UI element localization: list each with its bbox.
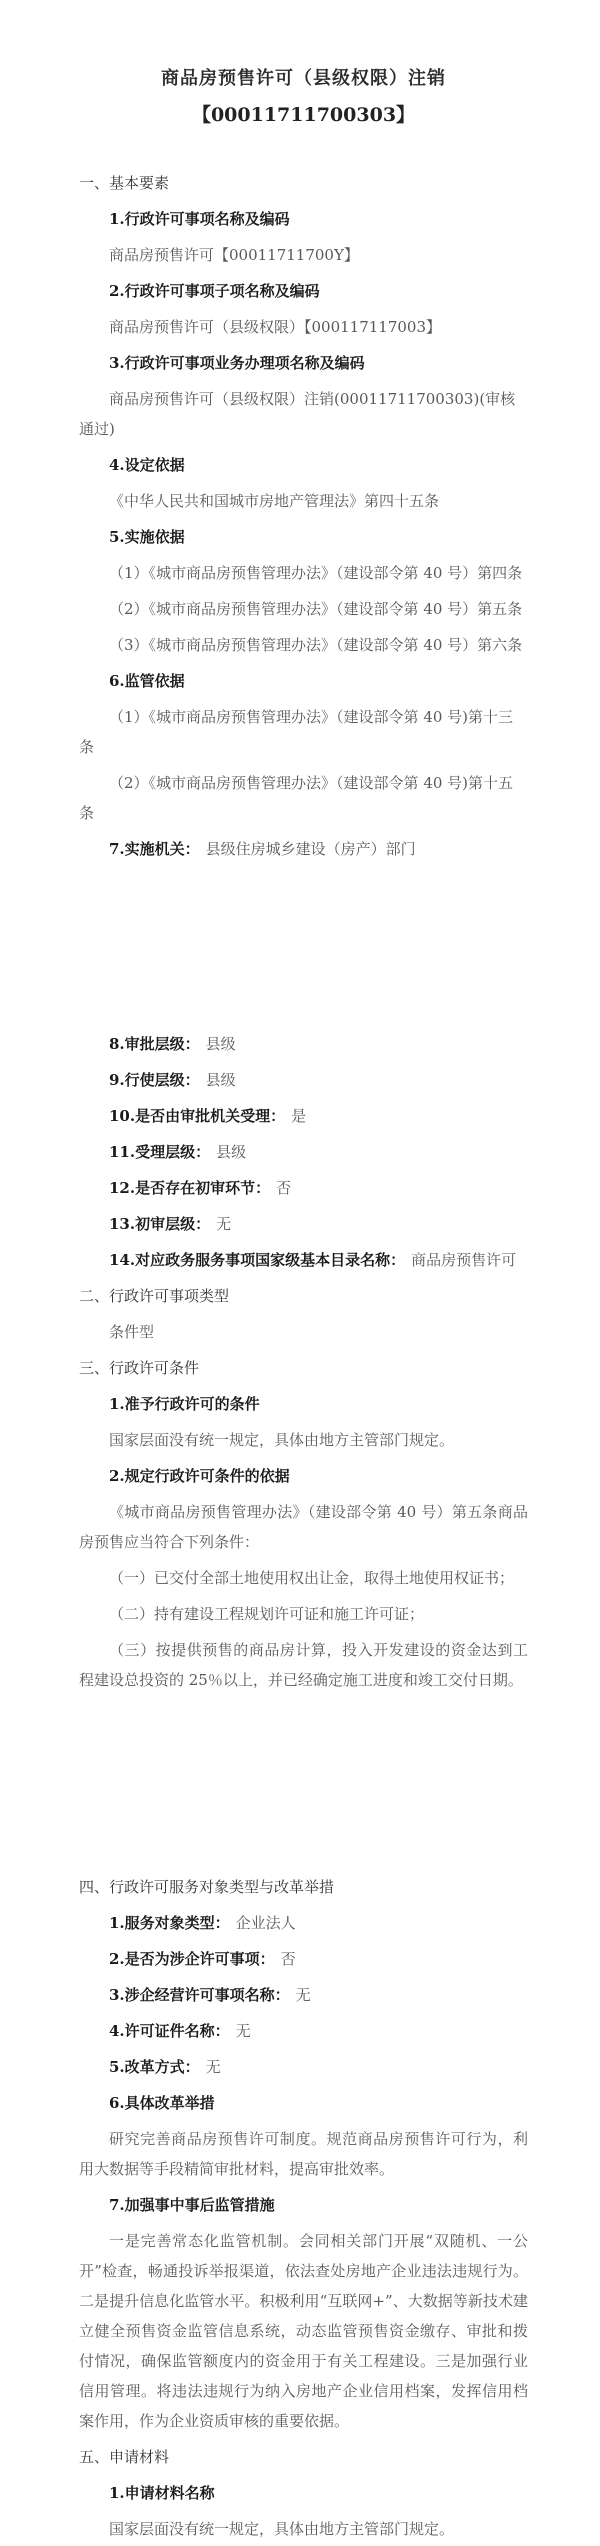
basic-item-1-label: 1.行政许可事项名称及编码 [79, 204, 528, 234]
basic-item-6-label: 6.监管依据 [79, 666, 528, 696]
basic-item-12-label: 12.是否存在初审环节： [109, 1179, 270, 1197]
basic-item-6-ref-1: （1）《城市商品房预售管理办法》（建设部令第 40 号)第十三条 [79, 702, 528, 762]
basic-item-2-label: 2.行政许可事项子项名称及编码 [79, 276, 528, 306]
basic-item-13: 13.初审层级：无 [79, 1209, 528, 1239]
section-3-heading: 三、行政许可条件 [79, 1353, 528, 1383]
reform-item-5-value: 无 [200, 2058, 221, 2076]
page-break-gap-2 [79, 1701, 528, 1872]
reform-item-6-label: 6.具体改革举措 [79, 2088, 528, 2118]
basic-item-10-value: 是 [285, 1107, 306, 1125]
basic-item-8: 8.审批层级：县级 [79, 1029, 528, 1059]
section-1-heading: 一、基本要素 [79, 168, 528, 198]
reform-item-7-value: 一是完善常态化监管机制。会同相关部门开展“双随机、一公开”检查，畅通投诉举报渠道… [79, 2226, 528, 2436]
section-2-value: 条件型 [79, 1317, 528, 1347]
reform-item-4-value: 无 [230, 2022, 251, 2040]
basic-item-11: 11.受理层级：县级 [79, 1137, 528, 1167]
basic-item-7-label: 7.实施机关： [109, 840, 200, 858]
basic-item-11-label: 11.受理层级： [109, 1143, 210, 1161]
reform-item-4-label: 4.许可证件名称： [109, 2022, 230, 2040]
basic-item-3-value: 商品房预售许可（县级权限）注销(00011711700303)(审核通过) [79, 384, 528, 444]
section-2-heading: 二、行政许可事项类型 [79, 1281, 528, 1311]
reform-item-6-value: 研究完善商品房预售许可制度。规范商品房预售许可行为，利用大数据等手段精简审批材料… [79, 2124, 528, 2184]
conditions-item-1-value: 国家层面没有统一规定，具体由地方主管部门规定。 [79, 1425, 528, 1455]
basic-item-7-value: 县级住房城乡建设（房产）部门 [200, 840, 416, 858]
conditions-item-1-label: 1.准予行政许可的条件 [79, 1389, 528, 1419]
basic-item-1-value: 商品房预售许可【00011711700Y】 [79, 240, 528, 270]
conditions-clause-1: （一）已交付全部土地使用权出让金，取得土地使用权证书； [79, 1563, 528, 1593]
section-4-heading: 四、行政许可服务对象类型与改革举措 [79, 1872, 528, 1902]
basic-item-11-value: 县级 [210, 1143, 246, 1161]
materials-item-1-value: 国家层面没有统一规定，具体由地方主管部门规定。 [79, 2514, 528, 2544]
basic-item-6-ref-2: （2）《城市商品房预售管理办法》（建设部令第 40 号)第十五条 [79, 768, 528, 828]
reform-item-1: 1.服务对象类型：企业法人 [79, 1908, 528, 1938]
reform-item-3: 3.涉企经营许可事项名称：无 [79, 1980, 528, 2010]
document-code: 【00011711700303】 [79, 102, 528, 128]
basic-item-9-label: 9.行使层级： [109, 1071, 200, 1089]
conditions-clause-3: （三）按提供预售的商品房计算，投入开发建设的资金达到工程建设总投资的 25％以上… [79, 1635, 528, 1695]
reform-item-5: 5.改革方式：无 [79, 2052, 528, 2082]
basic-item-13-value: 无 [210, 1215, 231, 1233]
document-page: 商品房预售许可（县级权限）注销 【00011711700303】 一、基本要素 … [0, 0, 600, 2546]
reform-item-2-value: 否 [275, 1950, 296, 1968]
basic-item-2-value: 商品房预售许可（县级权限）【000117117003】 [79, 312, 528, 342]
reform-item-3-value: 无 [290, 1986, 311, 2004]
reform-item-2: 2.是否为涉企许可事项：否 [79, 1944, 528, 1974]
basic-item-4-label: 4.设定依据 [79, 450, 528, 480]
basic-item-9: 9.行使层级：县级 [79, 1065, 528, 1095]
reform-item-1-value: 企业法人 [230, 1914, 296, 1932]
section-5-heading: 五、申请材料 [79, 2442, 528, 2472]
basic-item-10-label: 10.是否由审批机关受理： [109, 1107, 285, 1125]
basic-item-14-label: 14.对应政务服务事项国家级基本目录名称： [109, 1251, 405, 1269]
basic-item-8-label: 8.审批层级： [109, 1035, 200, 1053]
basic-item-13-label: 13.初审层级： [109, 1215, 210, 1233]
reform-item-3-label: 3.涉企经营许可事项名称： [109, 1986, 290, 2004]
basic-item-5-label: 5.实施依据 [79, 522, 528, 552]
basic-item-5-ref-1: （1）《城市商品房预售管理办法》（建设部令第 40 号）第四条 [79, 558, 528, 588]
reform-item-7-label: 7.加强事中事后监管措施 [79, 2190, 528, 2220]
document-title: 商品房预售许可（县级权限）注销 [79, 64, 528, 94]
reform-item-1-label: 1.服务对象类型： [109, 1914, 230, 1932]
conditions-item-2-label: 2.规定行政许可条件的依据 [79, 1461, 528, 1491]
basic-item-5-ref-3: （3）《城市商品房预售管理办法》（建设部令第 40 号）第六条 [79, 630, 528, 660]
page-break-gap-1 [79, 870, 528, 1029]
materials-item-1-label: 1.申请材料名称 [79, 2478, 528, 2508]
basic-item-5-ref-2: （2）《城市商品房预售管理办法》（建设部令第 40 号）第五条 [79, 594, 528, 624]
basic-item-3-label: 3.行政许可事项业务办理项名称及编码 [79, 348, 528, 378]
reform-item-5-label: 5.改革方式： [109, 2058, 200, 2076]
basic-item-8-value: 县级 [200, 1035, 236, 1053]
basic-item-4-value: 《中华人民共和国城市房地产管理法》第四十五条 [79, 486, 528, 516]
reform-item-2-label: 2.是否为涉企许可事项： [109, 1950, 275, 1968]
basic-item-14-value: 商品房预售许可 [405, 1251, 516, 1269]
basic-item-9-value: 县级 [200, 1071, 236, 1089]
conditions-item-2-intro: 《城市商品房预售管理办法》（建设部令第 40 号）第五条商品房预售应当符合下列条… [79, 1497, 528, 1557]
basic-item-10: 10.是否由审批机关受理：是 [79, 1101, 528, 1131]
basic-item-12-value: 否 [270, 1179, 291, 1197]
reform-item-4: 4.许可证件名称：无 [79, 2016, 528, 2046]
basic-item-14: 14.对应政务服务事项国家级基本目录名称：商品房预售许可 [79, 1245, 528, 1275]
conditions-clause-2: （二）持有建设工程规划许可证和施工许可证； [79, 1599, 528, 1629]
basic-item-12: 12.是否存在初审环节：否 [79, 1173, 528, 1203]
basic-item-7: 7.实施机关：县级住房城乡建设（房产）部门 [79, 834, 528, 864]
